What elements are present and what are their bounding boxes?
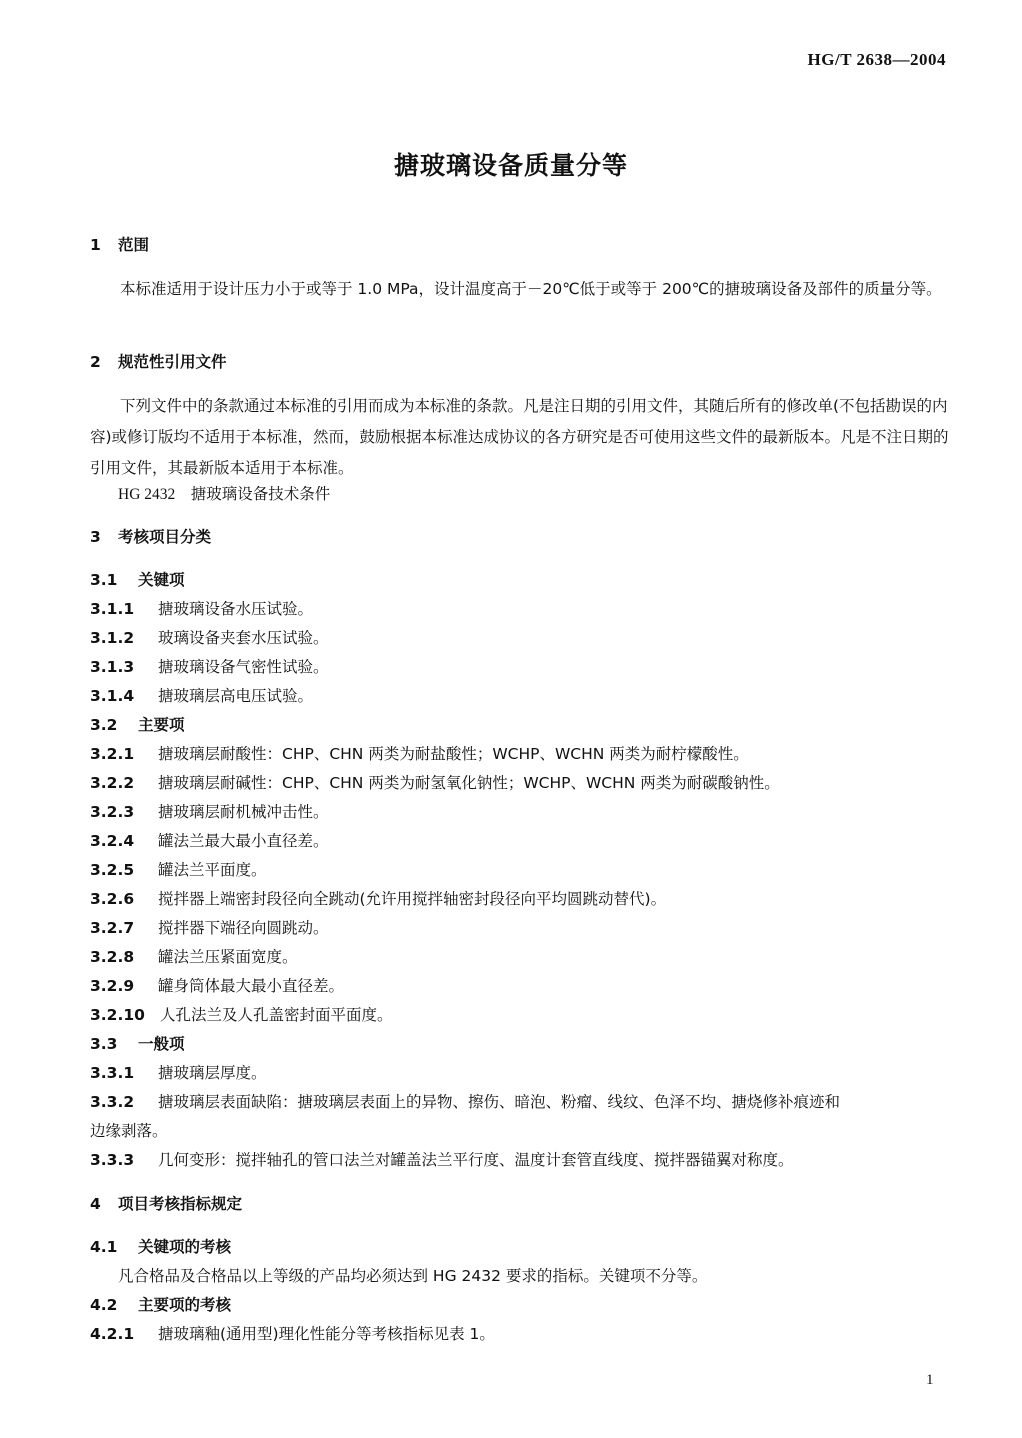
item-3-3-2: 3.3.2搪玻璃层表面缺陷：搪玻璃层表面上的异物、擦伤、暗泡、粉瘤、线纹、色泽不… (90, 1092, 840, 1112)
item-3-2-10: 3.2.10人孔法兰及人孔盖密封面平面度。 (90, 1005, 393, 1025)
item-4-2-1: 4.2.1搪玻璃釉(通用型)理化性能分等考核指标见表 1。 (90, 1324, 495, 1344)
section-2-paragraph: 下列文件中的条款通过本标准的引用而成为本标准的条款。凡是注日期的引用文件，其随后… (90, 391, 950, 484)
item-3-1-2: 3.1.2玻璃设备夹套水压试验。 (90, 628, 329, 648)
standard-number: HG/T 2638—2004 (808, 50, 946, 70)
section-2-heading: 2规范性引用文件 (90, 352, 227, 372)
item-3-2-1: 3.2.1搪玻璃层耐酸性：CHP、CHN 两类为耐盐酸性；WCHP、WCHN 两… (90, 744, 749, 764)
item-3-3-1: 3.3.1搪玻璃层厚度。 (90, 1063, 267, 1083)
item-3-2-9: 3.2.9罐身筒体最大最小直径差。 (90, 976, 344, 996)
item-3-2-3: 3.2.3搪玻璃层耐机械冲击性。 (90, 802, 329, 822)
item-3-1-1: 3.1.1搪玻璃设备水压试验。 (90, 599, 313, 619)
item-3-3-2-continued: 边缘剥落。 (90, 1121, 168, 1141)
reference-hg2432: HG 2432 搪玻璃设备技术条件 (118, 485, 330, 505)
item-3-2-4: 3.2.4罐法兰最大最小直径差。 (90, 831, 329, 851)
item-3-2-8: 3.2.8罐法兰压紧面宽度。 (90, 947, 298, 967)
section-3-heading: 3考核项目分类 (90, 527, 211, 547)
section-3-1-heading: 3.1关键项 (90, 570, 185, 590)
section-4-2-heading: 4.2主要项的考核 (90, 1295, 231, 1315)
section-3-2-heading: 3.2主要项 (90, 715, 185, 735)
section-3-3-heading: 3.3一般项 (90, 1034, 185, 1054)
section-4-1-paragraph: 凡合格品及合格品以上等级的产品均必须达到 HG 2432 要求的指标。关键项不分… (118, 1266, 707, 1286)
item-3-2-7: 3.2.7搅拌器下端径向圆跳动。 (90, 918, 329, 938)
section-4-heading: 4项目考核指标规定 (90, 1194, 242, 1214)
item-3-2-2: 3.2.2搪玻璃层耐碱性：CHP、CHN 两类为耐氢氧化钠性；WCHP、WCHN… (90, 773, 780, 793)
item-3-2-6: 3.2.6搅拌器上端密封段径向全跳动(允许用搅拌轴密封段径向平均圆跳动替代)。 (90, 889, 666, 909)
document-title: 搪玻璃设备质量分等 (0, 146, 1022, 182)
item-3-2-5: 3.2.5罐法兰平面度。 (90, 860, 267, 880)
section-1-paragraph: 本标准适用于设计压力小于或等于 1.0 MPa，设计温度高于－20℃低于或等于 … (90, 274, 950, 305)
item-3-3-3: 3.3.3几何变形：搅拌轴孔的管口法兰对罐盖法兰平行度、温度计套管直线度、搅拌器… (90, 1150, 794, 1170)
section-1-heading: 1范围 (90, 235, 149, 255)
item-3-1-4: 3.1.4搪玻璃层高电压试验。 (90, 686, 313, 706)
page-number: 1 (926, 1372, 934, 1389)
item-3-1-3: 3.1.3搪玻璃设备气密性试验。 (90, 657, 329, 677)
section-4-1-heading: 4.1关键项的考核 (90, 1237, 231, 1257)
